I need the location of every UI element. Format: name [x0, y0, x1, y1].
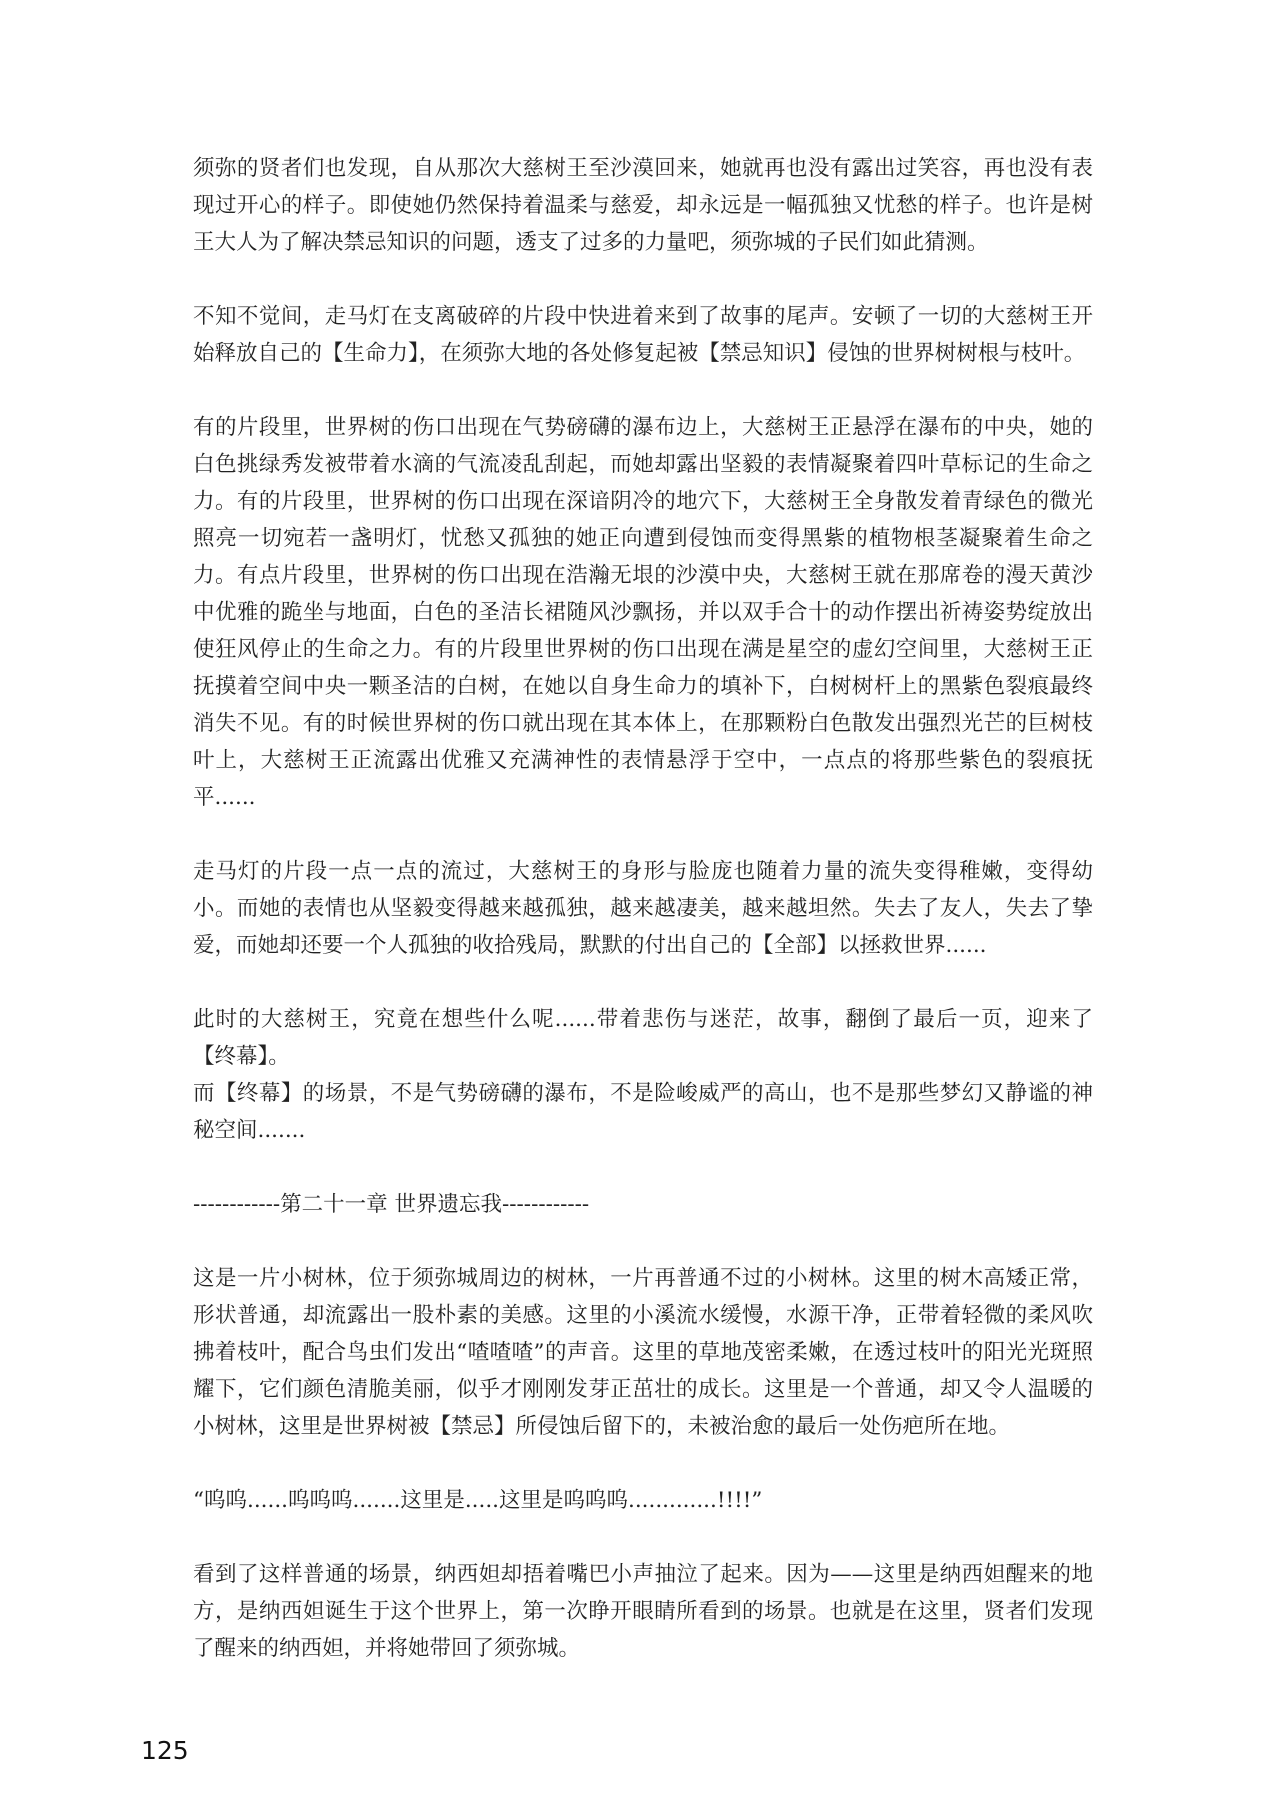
document-page: 须弥的贤者们也发现，自从那次大慈树王至沙漠回来，她就再也没有露出过笑容，再也没有…	[0, 0, 1280, 1810]
paragraph-sages-discovery: 须弥的贤者们也发现，自从那次大慈树王至沙漠回来，她就再也没有露出过笑容，再也没有…	[193, 150, 1093, 261]
paragraph-small-grove: 这是一片小树林，位于须弥城周边的树林，一片再普通不过的小树林。这里的树木高矮正常…	[193, 1260, 1093, 1445]
page-body: 须弥的贤者们也发现，自从那次大慈树王至沙漠回来，她就再也没有露出过笑容，再也没有…	[193, 150, 1093, 1704]
paragraph-lantern-ending: 不知不觉间，走马灯在支离破碎的片段中快进着来到了故事的尾声。安顿了一切的大慈树王…	[193, 298, 1093, 372]
paragraph-final-curtain: 此时的大慈树王，究竟在想些什么呢......带着悲伤与迷茫，故事，翻倒了最后一页…	[193, 1001, 1093, 1075]
paragraph-final-scene: 而【终幕】的场景，不是气势磅礴的瀑布，不是险峻威严的高山，也不是那些梦幻又静谧的…	[193, 1075, 1093, 1149]
paragraph-sobbing-quote: “呜呜......呜呜呜.......这里是.....这里是呜呜呜.......…	[193, 1482, 1093, 1519]
paragraph-growing-young: 走马灯的片段一点一点的流过，大慈树王的身形与脸庞也随着力量的流失变得稚嫩，变得幼…	[193, 853, 1093, 964]
paragraph-fragments: 有的片段里，世界树的伤口出现在气势磅礴的瀑布边上，大慈树王正悬浮在瀑布的中央，她…	[193, 409, 1093, 816]
paragraph-nahida-origin: 看到了这样普通的场景，纳西妲却捂着嘴巴小声抽泣了起来。因为——这里是纳西妲醒来的…	[193, 1556, 1093, 1667]
chapter-heading: ------------第二十一章 世界遗忘我------------	[193, 1186, 1093, 1223]
page-number: 125	[141, 1736, 189, 1765]
